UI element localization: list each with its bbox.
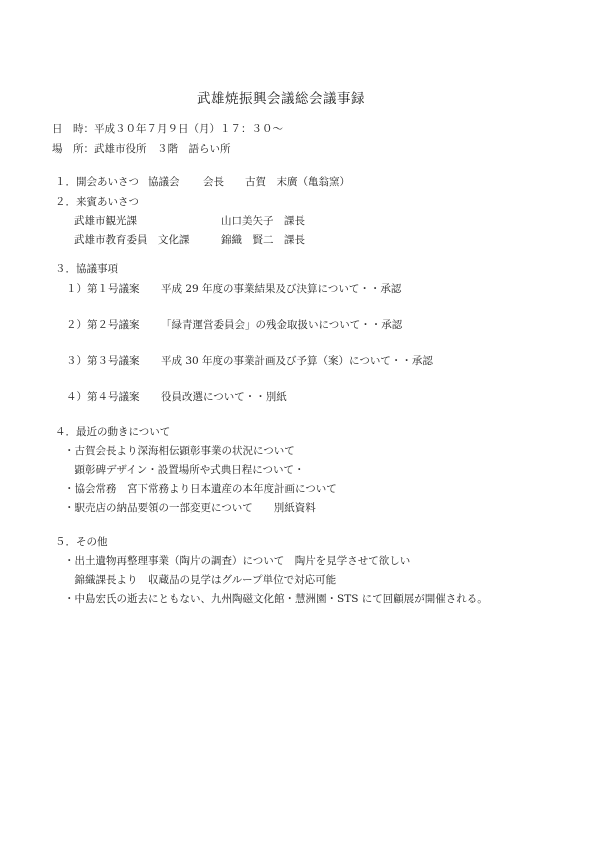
section-2-heading: ２．来賓あいさつ	[55, 195, 139, 209]
place-label: 場 所：	[52, 143, 94, 155]
guest-person: 錦織 賢二 課長	[221, 234, 305, 246]
section-4-line: 顕彰碑デザイン・設置場所や式典日程について・	[64, 463, 305, 477]
agenda-number: ４）第４号議案	[66, 390, 161, 404]
section-4-heading: ４．最近の動きについて	[55, 425, 170, 439]
section-5-line: ・中島宏氏の逝去にともない、九州陶磁文化館・慧洲園・STS にて回顧展が開催され…	[64, 592, 488, 606]
section-1-org: 協議会	[148, 175, 203, 189]
date-value: 平成３０年７月９日（月）１７：３０～	[94, 123, 283, 135]
agenda-item: ４）第４号議案役員改選について・・別紙	[66, 390, 287, 404]
guest-row: 武雄市教育委員 文化課錦織 賢二 課長	[74, 233, 305, 247]
meta-date: 日 時：平成３０年７月９日（月）１７：３０～	[52, 122, 283, 136]
place-value: 武雄市役所 ３階 語らい所	[94, 143, 231, 155]
agenda-text: 平成 30 年度の事業計画及び予算（案）について・・承認	[161, 355, 433, 367]
section-5-heading: ５．その他	[55, 535, 108, 549]
agenda-number: ３）第３号議案	[66, 354, 161, 368]
section-4-line: ・駅売店の納品要領の一部変更について 別紙資料	[64, 501, 316, 515]
agenda-text: 平成 29 年度の事業結果及び決算について・・承認	[161, 283, 401, 295]
agenda-number: １）第１号議案	[66, 282, 161, 296]
section-5-line: ・出土遺物再整理事業（陶片の調査）について 陶片を見学させて欲しい	[64, 554, 410, 568]
guest-org: 武雄市観光課	[74, 214, 221, 228]
document-title: 武雄焼振興会議総会議事録	[197, 92, 365, 106]
section-3-heading: ３．協議事項	[55, 262, 118, 276]
section-1-role: 会長	[203, 175, 245, 189]
agenda-item: ３）第３号議案平成 30 年度の事業計画及び予算（案）について・・承認	[66, 354, 433, 368]
document-page: 武雄焼振興会議総会議事録 日 時：平成３０年７月９日（月）１７：３０～ 場 所：…	[0, 0, 600, 848]
meta-place: 場 所：武雄市役所 ３階 語らい所	[52, 142, 231, 156]
guest-person: 山口美矢子 課長	[221, 215, 305, 227]
date-label: 日 時：	[52, 123, 94, 135]
section-4-line: ・協会常務 宮下常務より日本遺産の本年度計画について	[64, 482, 337, 496]
agenda-text: 「緑青運営委員会」の残金取扱いについて・・承認	[161, 319, 402, 331]
guest-row: 武雄市観光課山口美矢子 課長	[74, 214, 305, 228]
agenda-number: ２）第２号議案	[66, 318, 161, 332]
agenda-item: ２）第２号議案「緑青運営委員会」の残金取扱いについて・・承認	[66, 318, 402, 332]
agenda-text: 役員改選について・・別紙	[161, 391, 287, 403]
section-4-line: ・古賀会長より深海相伝顕彰事業の状況について	[64, 444, 295, 458]
section-5-line: 錦織課長より 収蔵品の見学はグループ単位で対応可能	[64, 573, 336, 587]
section-1-heading: １．開会あいさつ	[55, 175, 148, 189]
agenda-item: １）第１号議案平成 29 年度の事業結果及び決算について・・承認	[66, 282, 401, 296]
guest-org: 武雄市教育委員 文化課	[74, 233, 221, 247]
section-1-person: 古賀 末廣（亀翁窯）	[245, 176, 350, 188]
section-1: １．開会あいさつ協議会会長古賀 末廣（亀翁窯）	[55, 175, 350, 189]
